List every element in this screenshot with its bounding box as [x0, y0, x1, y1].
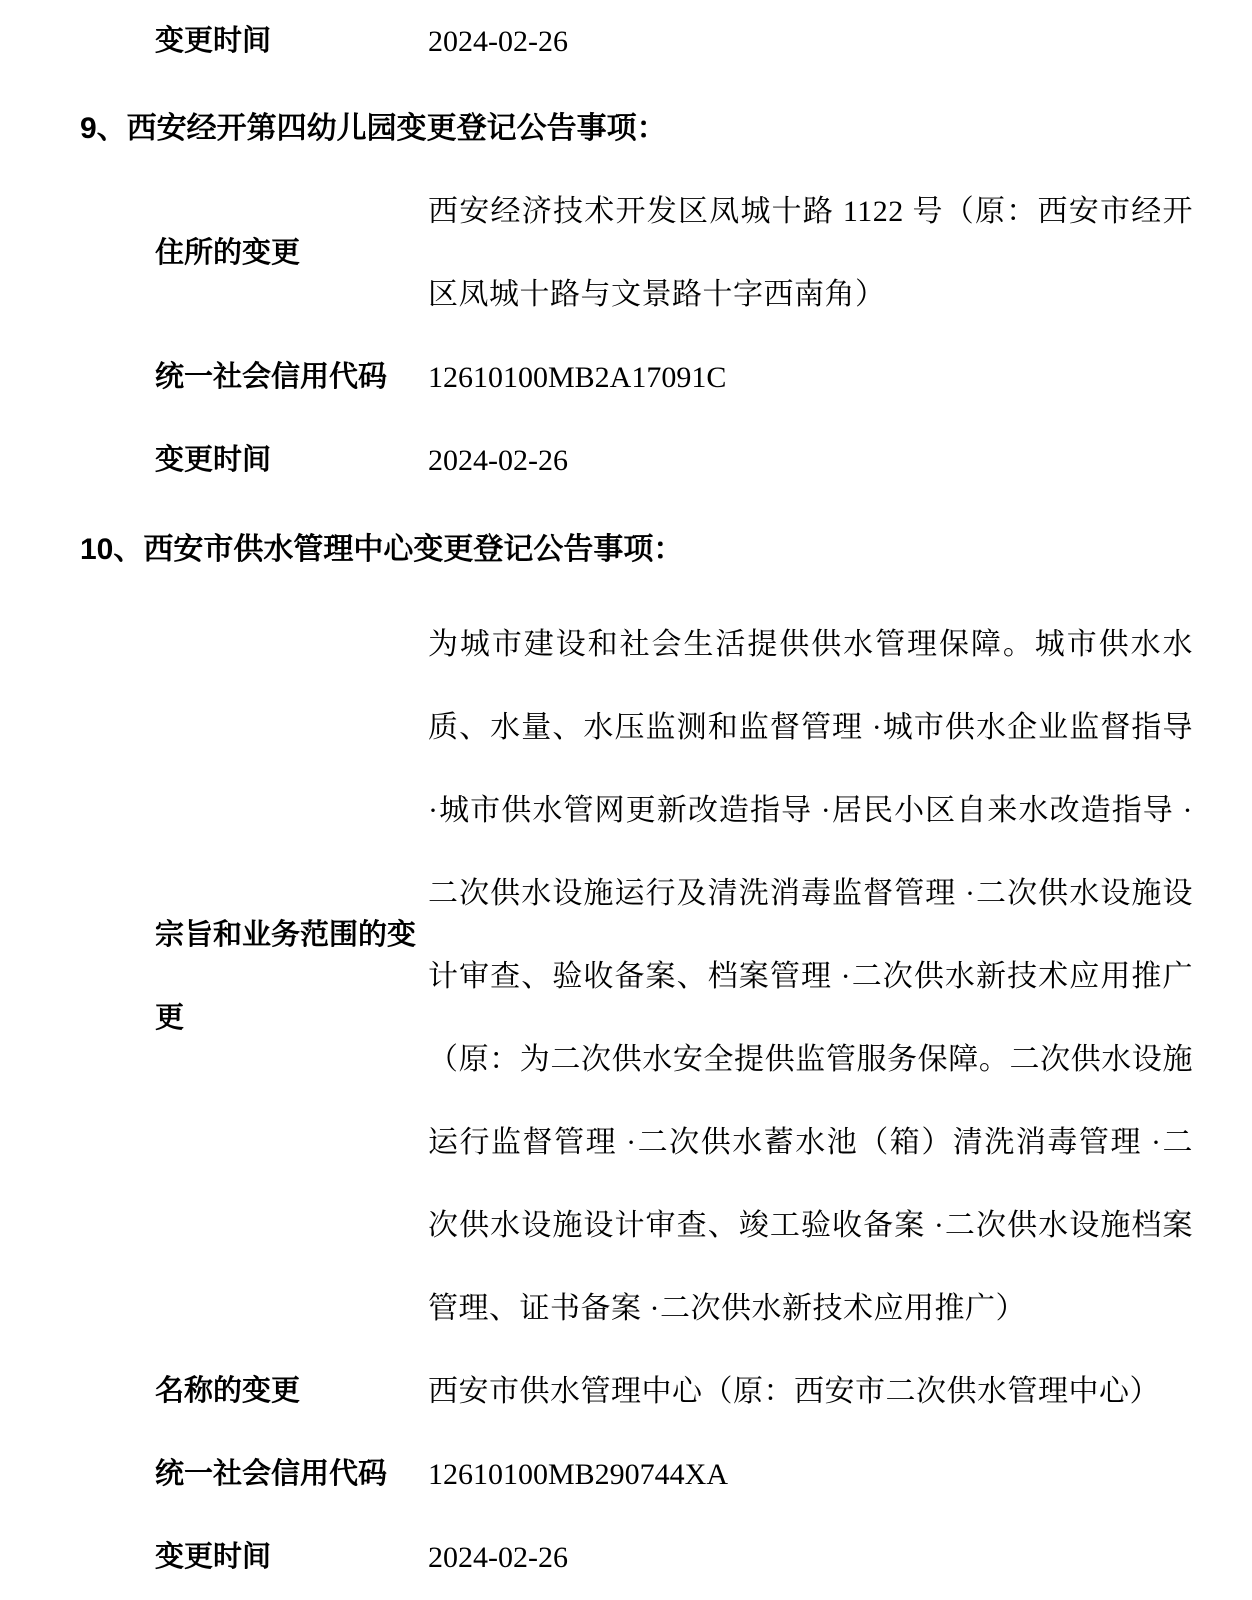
change-time-value: 2024-02-26 [428, 1516, 1193, 1599]
change-time-value: 2024-02-26 [428, 0, 1193, 83]
purpose-scope-change-label: 宗旨和业务范围的变更 [155, 894, 428, 1060]
field-row-change-time-item10: 变更时间 2024-02-26 [0, 1516, 1252, 1599]
change-time-label: 变更时间 [155, 0, 428, 83]
field-row-name-change: 名称的变更 西安市供水管理中心（原：西安市二次供水管理中心） [0, 1350, 1252, 1433]
credit-code-label: 统一社会信用代码 [155, 1433, 428, 1516]
field-row-purpose-scope-change: 宗旨和业务范围的变更 为城市建设和社会生活提供供水管理保障。城市供水水质、水量、… [0, 603, 1252, 1350]
name-change-value: 西安市供水管理中心（原：西安市二次供水管理中心） [428, 1350, 1193, 1433]
credit-code-label: 统一社会信用代码 [155, 336, 428, 419]
credit-code-value: 12610100MB290744XA [428, 1433, 1193, 1516]
field-row-credit-code-item9: 统一社会信用代码 12610100MB2A17091C [0, 336, 1252, 419]
purpose-scope-change-value: 为城市建设和社会生活提供供水管理保障。城市供水水质、水量、水压监测和监督管理 ·… [428, 603, 1193, 1350]
field-row-change-time-item8: 变更时间 2024-02-26 [0, 0, 1252, 83]
document-page: 变更时间 2024-02-26 9、西安经开第四幼儿园变更登记公告事项： 住所的… [0, 0, 1252, 1600]
section-9-heading: 9、西安经开第四幼儿园变更登记公告事项： [80, 87, 1252, 170]
field-row-credit-code-item10: 统一社会信用代码 12610100MB290744XA [0, 1433, 1252, 1516]
name-change-label: 名称的变更 [155, 1350, 428, 1433]
section-10-heading: 10、西安市供水管理中心变更登记公告事项： [80, 508, 1252, 591]
address-change-label: 住所的变更 [155, 212, 428, 295]
change-time-label: 变更时间 [155, 1516, 428, 1599]
field-row-change-time-item9: 变更时间 2024-02-26 [0, 419, 1252, 502]
address-change-value: 西安经济技术开发区凤城十路 1122 号（原：西安市经开区凤城十路与文景路十字西… [428, 170, 1193, 336]
field-row-address-change: 住所的变更 西安经济技术开发区凤城十路 1122 号（原：西安市经开区凤城十路与… [0, 170, 1252, 336]
credit-code-value: 12610100MB2A17091C [428, 336, 1193, 419]
change-time-label: 变更时间 [155, 419, 428, 502]
change-time-value: 2024-02-26 [428, 419, 1193, 502]
